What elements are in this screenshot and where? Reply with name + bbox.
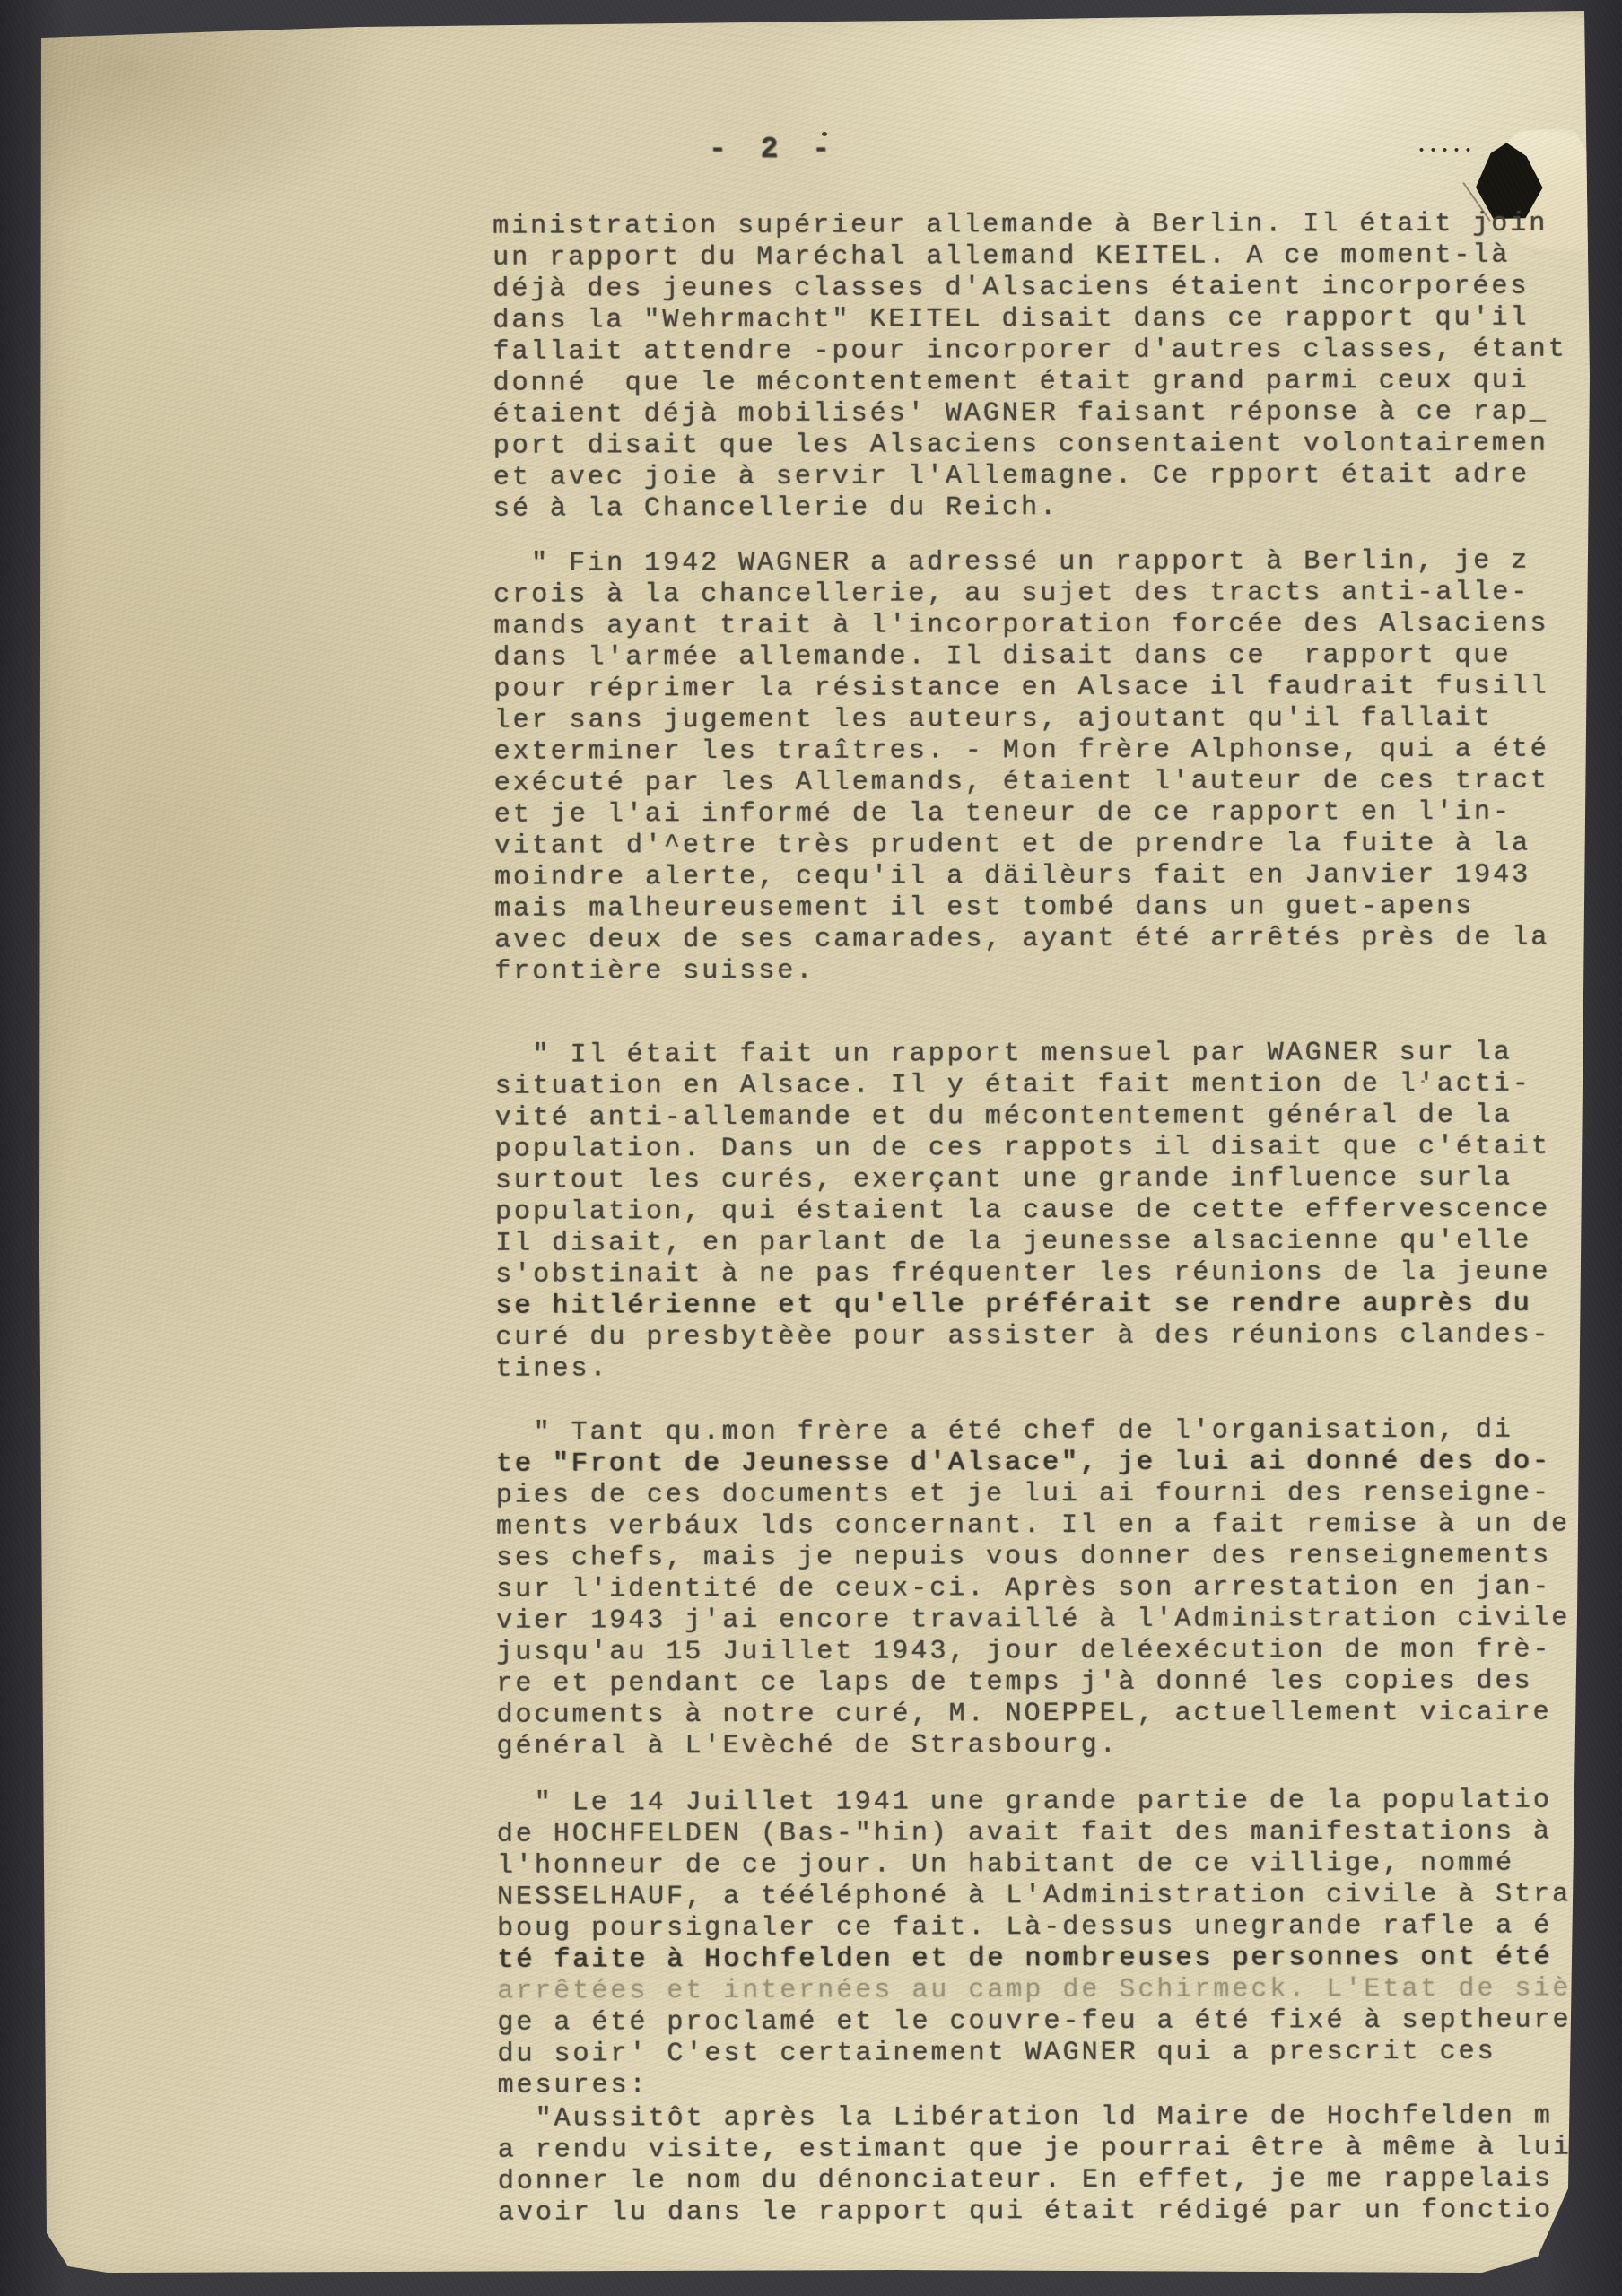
scan-background: - 2 - ••••• ministration supérieur allem… [0, 0, 1622, 2296]
text-line: vité anti-allemande et du mécontentement… [495, 1100, 1608, 1134]
paragraph: " Il était fait un rapport mensuel par W… [494, 1037, 1608, 1385]
text-line: exécuté par les Allemands, étaient l'aut… [494, 765, 1607, 799]
text-line: situation en Alsace. Il y était fait men… [495, 1068, 1608, 1102]
text-line: pies de ces documents et je lui ai fourn… [496, 1477, 1609, 1511]
text-line: ments verbáux lds concernant. Il en a fa… [496, 1509, 1609, 1543]
ink-speck [822, 132, 827, 136]
text-line: population, qui éstaient la cause de cet… [495, 1194, 1608, 1228]
text-line: ses chefs, mais je nepuis vous donner de… [496, 1540, 1609, 1574]
text-line: avoir lu dans le rapport qui était rédig… [498, 2195, 1610, 2229]
text-line: crois à la chancellerie, au sujet des tr… [493, 577, 1606, 611]
text-line: moindre alerte, cequ'il a däilèurs fait … [494, 859, 1607, 893]
text-line: général à L'Evèché de Strasbourg. [496, 1728, 1609, 1762]
page-number: - 2 - [709, 133, 838, 166]
text-line: frontière suisse. [494, 953, 1607, 987]
text-line: curé du presbytèèe pour assister à des r… [495, 1319, 1608, 1353]
scanned-page: - 2 - ••••• ministration supérieur allem… [0, 0, 1622, 2296]
text-line: te "Front de Jeunesse d'Alsace", je lui … [496, 1446, 1609, 1480]
text-line: avec deux de ses camarades, ayant été ar… [494, 922, 1607, 956]
text-line: déjà des jeunes classes d'Alsaciens étai… [493, 271, 1605, 305]
text-line: mais malheureusement il est tombé dans u… [494, 891, 1607, 925]
text-line: NESSELHAUF, a tééléphoné à L'Administrat… [497, 1879, 1609, 1913]
text-line: ler sans jugement les auteurs, ajoutant … [493, 702, 1606, 736]
text-line: étaient déjà mobilisés' WAGNER faisant r… [493, 396, 1606, 430]
text-line: ministration supérieur allemande à Berli… [493, 208, 1605, 242]
typed-text-block: ministration supérieur allemande à Berli… [493, 208, 1610, 2229]
text-line: " Tant qu.mon frère a été chef de l'orga… [496, 1414, 1609, 1448]
text-line: tines. [495, 1351, 1608, 1385]
text-line: sé à la Chancellerie du Reich. [493, 491, 1606, 525]
paragraph: " Le 14 Juillet 1941 une grande partie d… [497, 1785, 1610, 2101]
text-line: port disait que les Alsaciens consentaie… [493, 428, 1606, 462]
paragraph: " Tant qu.mon frère a été chef de l'orga… [496, 1414, 1609, 1762]
paragraph: "Aussitôt après la Libération ld Maire d… [498, 2100, 1610, 2229]
text-line: sur l'identité de ceux-ci. Après son arr… [496, 1571, 1609, 1605]
text-line: s'obstinait à ne pas fréquenter les réun… [495, 1257, 1608, 1291]
text-line: dans la "Wehrmacht" KEITEL disait dans c… [493, 302, 1605, 336]
paragraph: ministration supérieur allemande à Berli… [493, 208, 1606, 525]
text-line: boug poursignaler ce fait. Là-dessus une… [497, 1910, 1609, 1944]
text-line: et avec joie à servir l'Allemagne. Ce rp… [493, 459, 1606, 493]
text-line: re et pendant ce laps de temps j'à donné… [496, 1665, 1609, 1700]
text-line: Il disait, en parlant de la jeunesse als… [495, 1225, 1608, 1259]
text-line: té faite à Hochfelden et de nombreuses p… [497, 1942, 1609, 1976]
text-line: ge a été proclamé et le couvre-feu a été… [497, 2005, 1609, 2039]
text-line: " Il était fait un rapport mensuel par W… [494, 1037, 1607, 1071]
text-line: du soir' C'est certainement WAGNER qui a… [497, 2036, 1609, 2070]
text-line: et je l'ai informé de la teneur de ce ra… [494, 796, 1607, 831]
text-line: dans l'armée allemande. Il disait dans c… [493, 639, 1606, 674]
text-line: de HOCHFELDEN (Bas-"hin) avait fait des … [497, 1816, 1609, 1850]
text-line: vier 1943 j'ai encore travaillé à l'Admi… [496, 1603, 1609, 1637]
text-line: arrêtées et internées au camp de Schirme… [497, 1973, 1609, 2007]
text-line: population. Dans un de ces rappots il di… [495, 1131, 1608, 1165]
text-line: un rapport du Maréchal allemand KEITEL. … [493, 239, 1605, 274]
text-line: surtout les curés, exerçant une grande i… [495, 1162, 1608, 1196]
text-line: a rendu visite, estimant que je pourrai … [498, 2132, 1610, 2166]
paragraph: " Fin 1942 WAGNER a adressé un rapport à… [493, 545, 1607, 987]
text-line: fallait attendre -pour incorporer d'autr… [493, 334, 1605, 368]
text-line: vitant d'^etre très prudent et de prendr… [494, 828, 1607, 862]
text-line: exterminer les traîtres. - Mon frère Alp… [494, 734, 1607, 768]
text-line: pour réprimer la résistance en Alsace il… [493, 671, 1606, 705]
text-line: "Aussitôt après la Libération ld Maire d… [498, 2100, 1610, 2135]
text-line: donner le nom du dénonciateur. En effet,… [498, 2163, 1610, 2197]
typed-dots: ••••• [1417, 143, 1476, 159]
text-line: documents à notre curé, M. NOEPPEL, actu… [496, 1697, 1609, 1731]
text-line: l'honneur de ce jour. Un habitant de ce … [497, 1848, 1609, 1882]
text-line: mesures: [497, 2067, 1609, 2101]
text-line: " Fin 1942 WAGNER a adressé un rapport à… [493, 545, 1606, 579]
text-line: " Le 14 Juillet 1941 une grande partie d… [497, 1785, 1609, 1819]
text-line: donné que le mécontentement était grand … [493, 365, 1606, 399]
text-line: se hitlérienne et qu'elle préférait se r… [495, 1288, 1608, 1322]
text-line: jusqu'au 15 Juillet 1943, jour deléexécu… [496, 1634, 1609, 1668]
text-line: mands ayant trait à l'incorporation forc… [493, 608, 1606, 642]
